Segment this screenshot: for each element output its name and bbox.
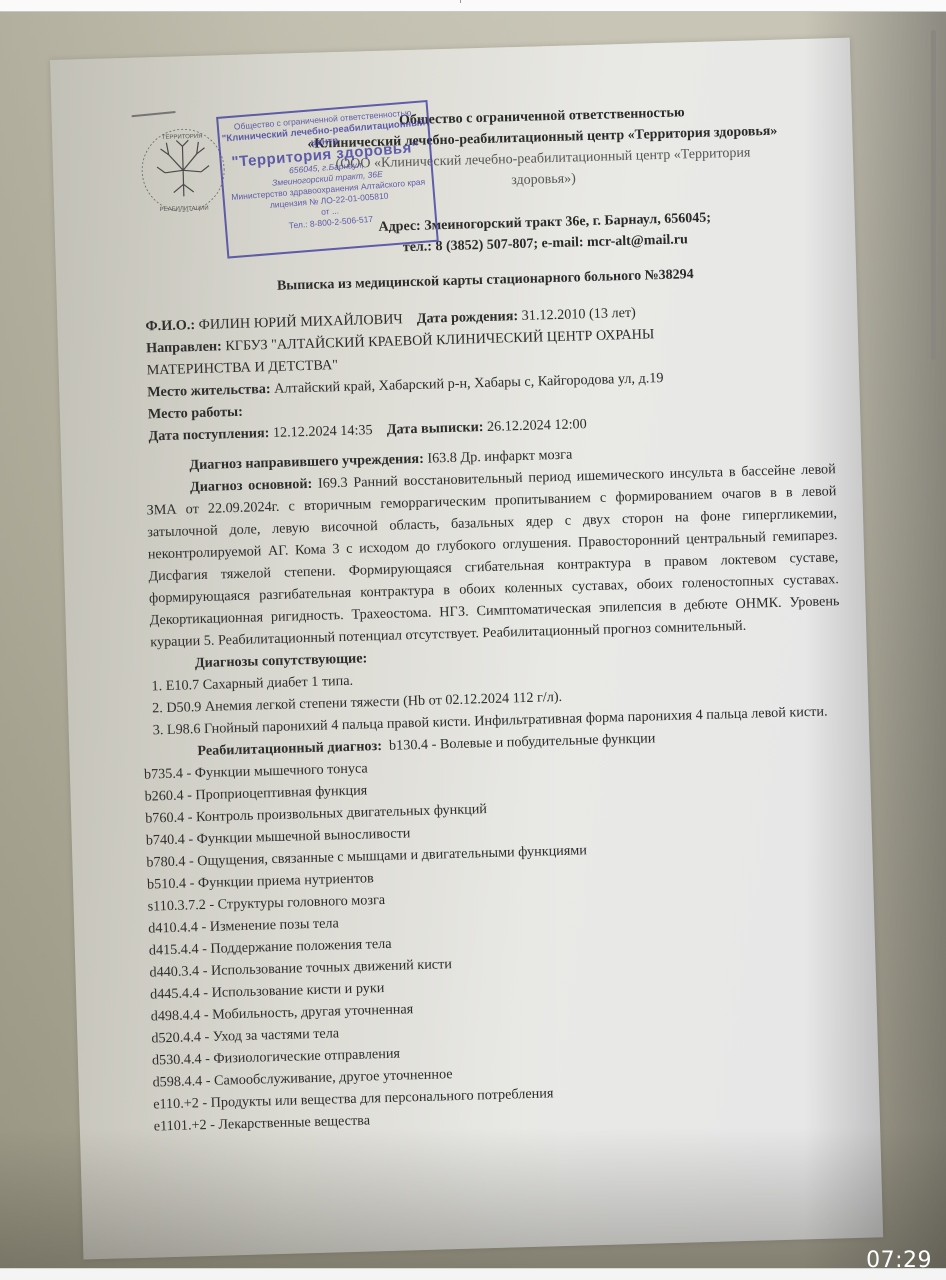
referred-label: Направлен: <box>146 338 222 356</box>
clinic-stamp: Общество с ограниченной ответственностью… <box>216 100 439 259</box>
work-label: Место работы: <box>148 404 243 423</box>
fio-label: Ф.И.О.: <box>145 317 195 334</box>
svg-text:РЕАБИЛИТАЦИИ: РЕАБИЛИТАЦИИ <box>160 206 209 213</box>
clinic-logo-icon: ТЕРРИТОРИЯ РЕАБИЛИТАЦИИ <box>138 125 228 215</box>
scrollbar[interactable] <box>931 30 936 360</box>
photo-viewer[interactable]: ТЕРРИТОРИЯ РЕАБИЛИТАЦИИ Общество с огран… <box>0 12 946 1268</box>
patient-info: Ф.И.О.: ФИЛИН ЮРИЙ МИХАЙЛОВИЧ Дата рожде… <box>145 296 838 447</box>
top-status-strip <box>0 0 946 12</box>
admission-date: 12.12.2024 14:35 <box>273 422 373 441</box>
svg-text:ТЕРРИТОРИЯ: ТЕРРИТОРИЯ <box>162 134 203 141</box>
referring-diagnosis-text: I63.8 Др. инфаркт мозга <box>427 447 572 467</box>
main-diagnosis-label: Диагноз основной: <box>190 476 313 495</box>
admission-label: Дата поступления: <box>148 425 269 444</box>
document-body: Выписка из медицинской карты стационарно… <box>135 74 825 93</box>
patient-name: ФИЛИН ЮРИЙ МИХАЙЛОВИЧ <box>198 311 402 333</box>
discharge-label: Дата выписки: <box>387 419 484 438</box>
document-page: ТЕРРИТОРИЯ РЕАБИЛИТАЦИИ Общество с огран… <box>50 38 883 1260</box>
dob-label: Дата рождения: <box>417 308 519 327</box>
concomitant-label: Диагнозы сопутствующие: <box>195 650 368 671</box>
pen-mark <box>132 111 176 117</box>
discharge-date: 26.12.2024 12:00 <box>487 416 587 435</box>
notch-indicator <box>460 0 461 3</box>
rehab-diagnosis-first: b130.4 - Волевые и побудительные функции <box>389 730 656 753</box>
rehab-icf-list: b735.4 - Функции мышечного тонуса b260.4… <box>144 744 854 1137</box>
main-diagnosis: Диагноз основной: I69.3 Ранний восстанов… <box>146 458 841 653</box>
patient-dob: 31.12.2010 (13 лет) <box>521 305 636 324</box>
bottom-strip <box>0 1268 946 1280</box>
rehab-diagnosis-label: Реабилитационный диагноз: <box>197 738 382 759</box>
video-timestamp: 07:29 <box>866 1248 932 1268</box>
diagnoses-section: Диагноз направившего учреждения: I63.8 Д… <box>145 436 854 1137</box>
document-title: Выписка из медицинской карты стационарно… <box>140 260 830 301</box>
residence-label: Место жительства: <box>147 381 271 400</box>
